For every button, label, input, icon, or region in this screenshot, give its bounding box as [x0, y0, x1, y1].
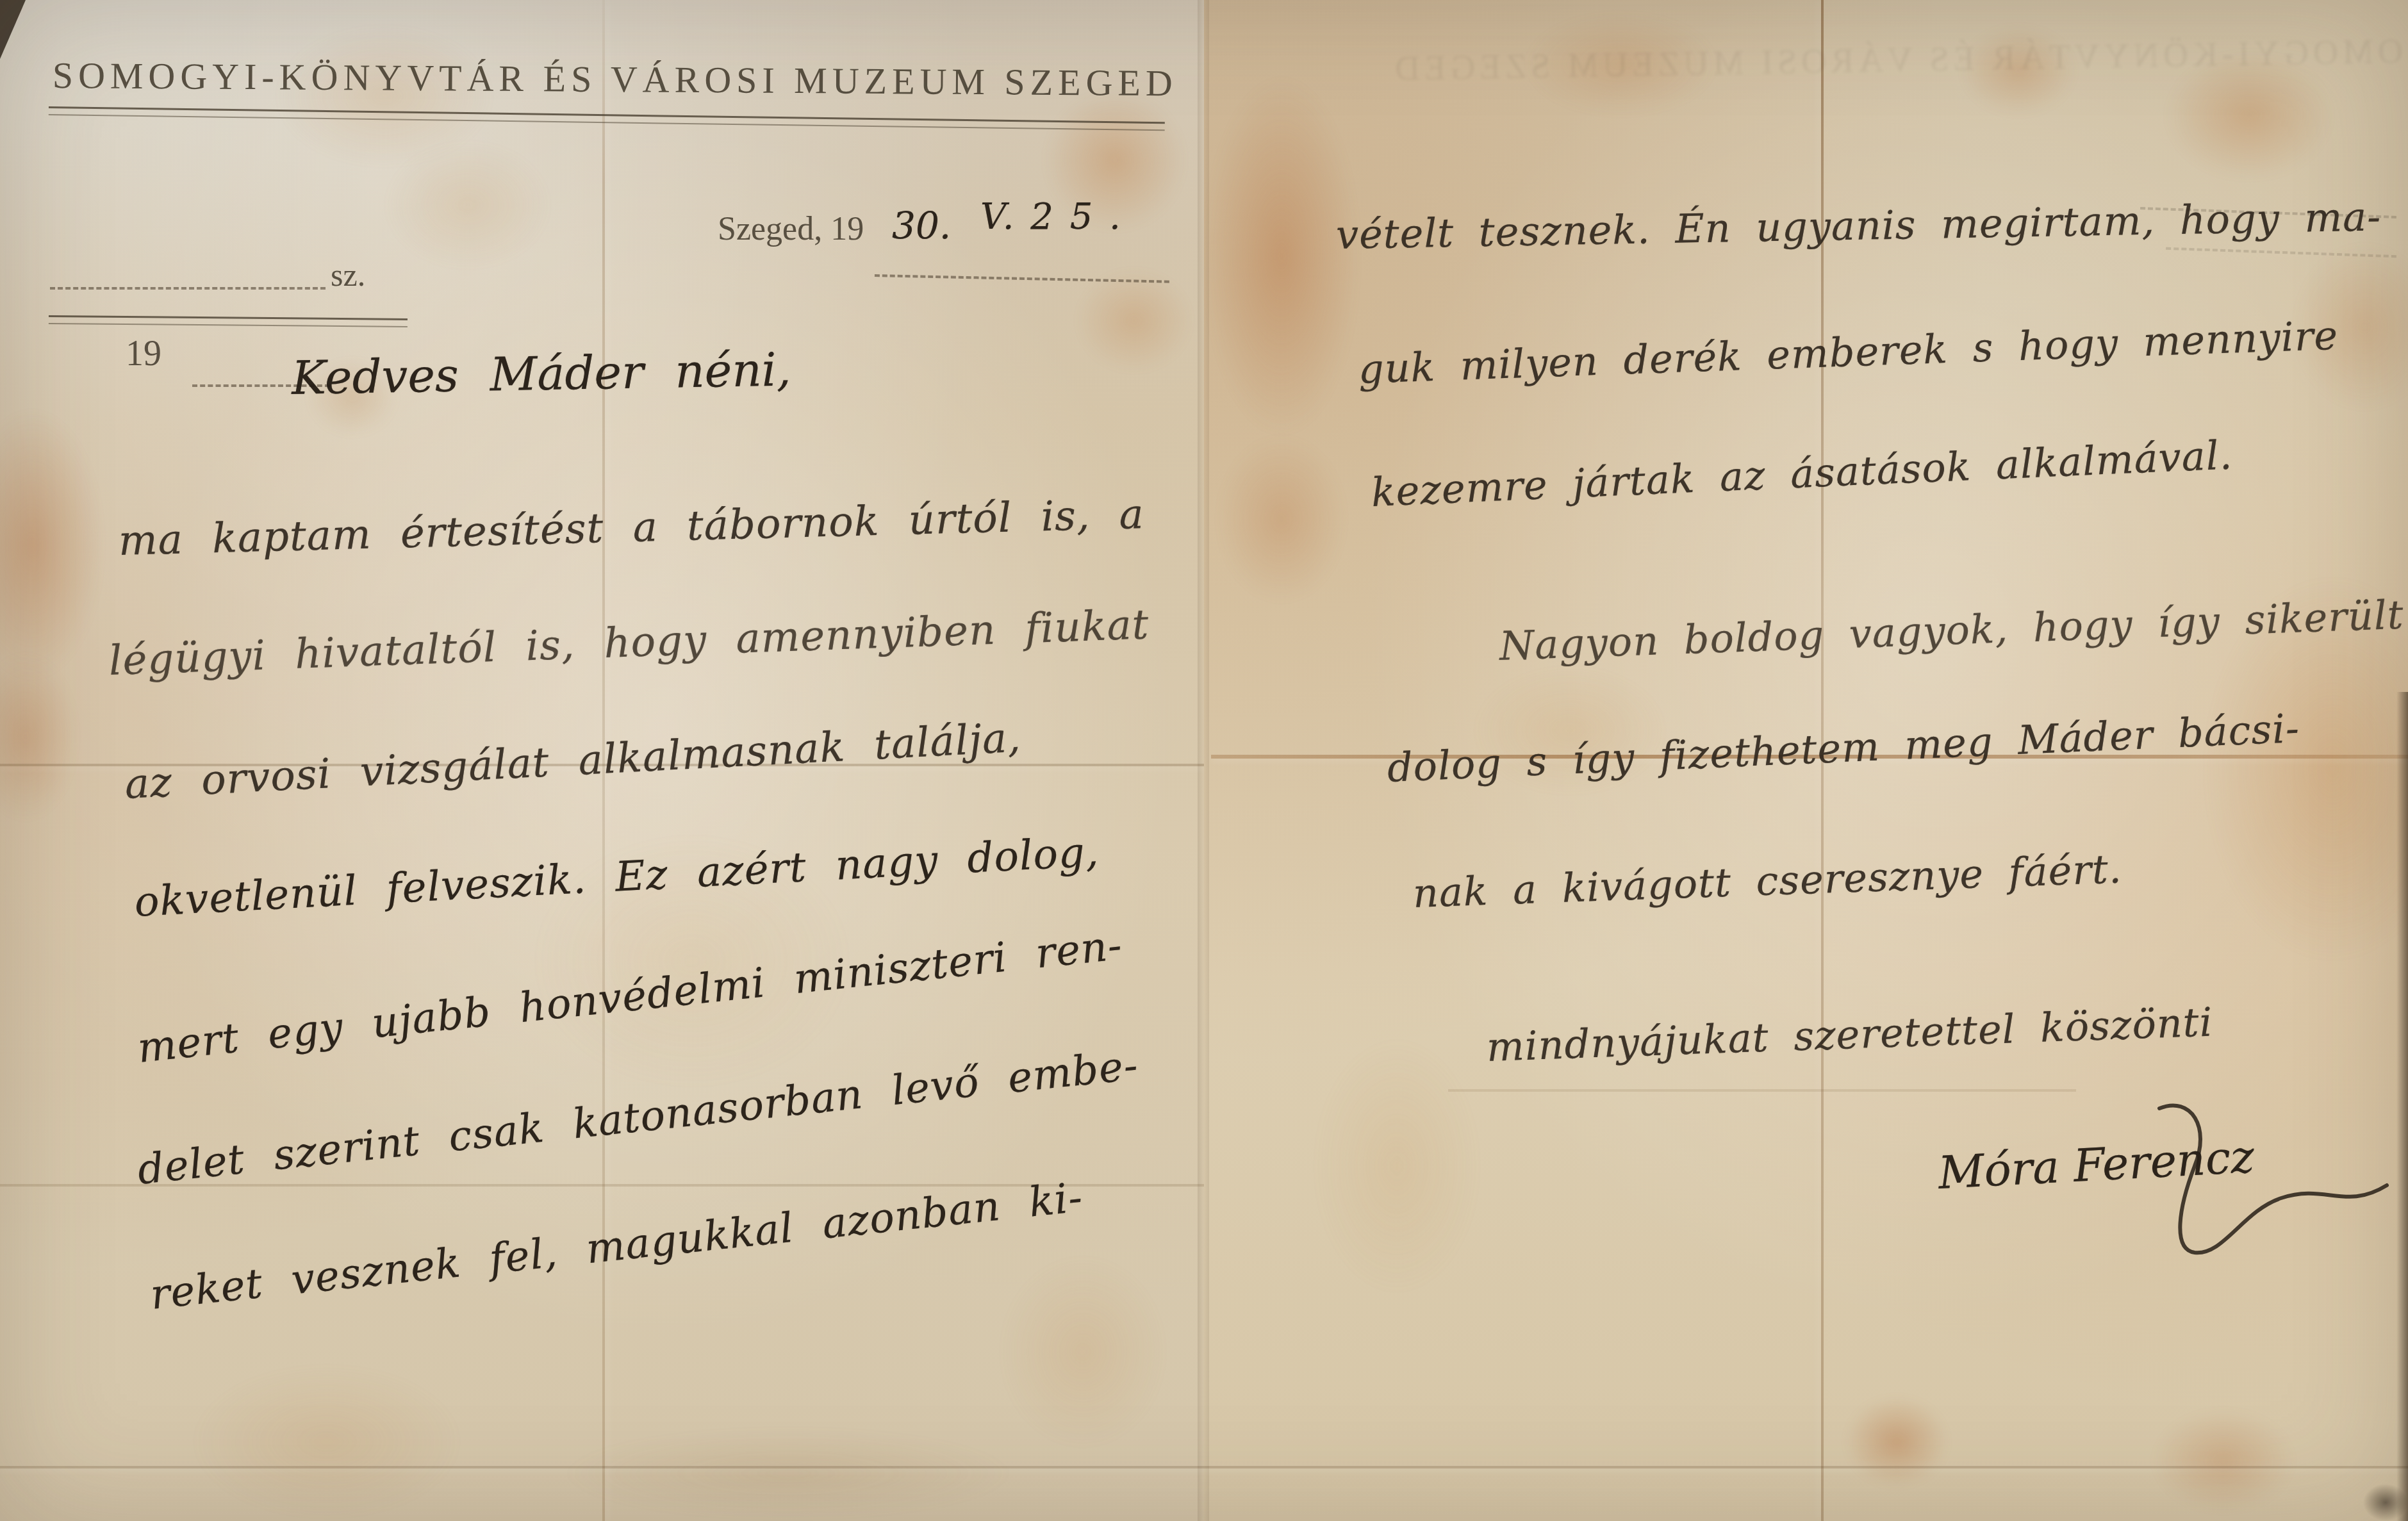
photo-corner-shadow [2363, 1484, 2408, 1521]
stain [1076, 269, 1192, 372]
date-handwritten-year: 30. [892, 204, 951, 247]
signature-flourish [2134, 1089, 2403, 1301]
stain [192, 1365, 461, 1518]
stain [2153, 1410, 2294, 1512]
letter-scan: SOMOGYI-KÖNYVTÁR ÉS VÁROSI MUZEUM SZEGED… [0, 0, 2408, 1521]
serial-label: sz. [331, 256, 365, 293]
stain [1314, 1038, 1480, 1294]
date-printed: Szeged, 19 [718, 210, 864, 248]
letterhead-title: SOMOGYI-KÖNYVTÁR ÉS VÁROSI MUZEUM SZEGED [53, 54, 1178, 104]
photo-edge-shadow [2396, 692, 2408, 1521]
fold-crease [0, 1466, 2408, 1468]
stain [1000, 1256, 1166, 1448]
stain [384, 141, 551, 269]
date-handwritten-day: V. 2 5 . [980, 196, 1123, 238]
serial-year-prefix: 19 [126, 333, 161, 374]
stain [564, 1429, 1012, 1518]
salutation: Kedves Máder néni, [291, 342, 791, 405]
serial-dotted-line [50, 287, 326, 290]
stain [1845, 1397, 1948, 1486]
stain [1217, 436, 1346, 602]
stain [1205, 77, 1358, 436]
fold-crease [1448, 1089, 2076, 1092]
